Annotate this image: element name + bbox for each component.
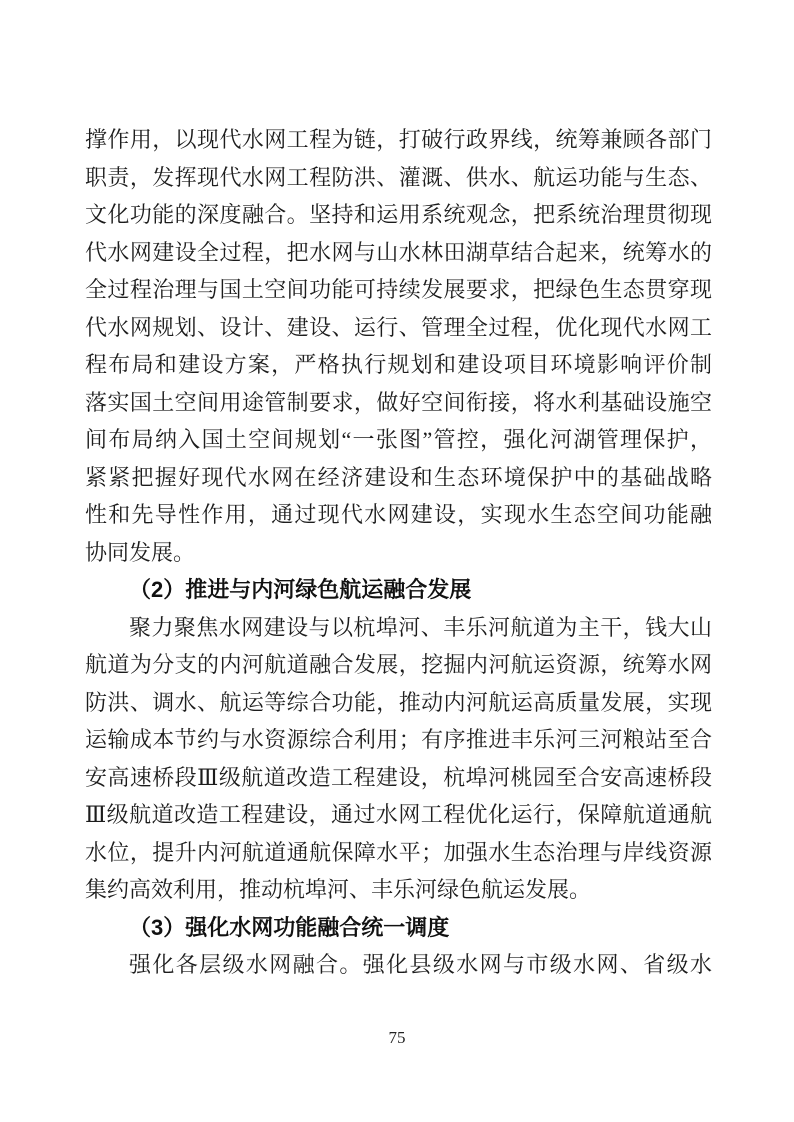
body-line: 文化功能的深度融合。坚持和运用系统观念，把系统治理贯彻现 [85, 196, 712, 234]
body-line: 间布局纳入国土空间规划“一张图”管控，强化河湖管理保护， [85, 421, 712, 459]
page-number: 75 [0, 1028, 794, 1048]
section-heading-3: （3）强化水网功能融合统一调度 [85, 909, 712, 947]
body-line: 水位，提升内河航道通航保障水平；加强水生态治理与岸线资源 [85, 834, 712, 872]
body-line: 撑作用，以现代水网工程为链，打破行政界线，统筹兼顾各部门 [85, 121, 712, 159]
body-line: 安高速桥段Ⅲ级航道改造工程建设，杭埠河桃园至合安高速桥段 [85, 759, 712, 797]
body-line: 性和先导性作用，通过现代水网建设，实现水生态空间功能融合、 [85, 496, 712, 534]
body-line: 运输成本节约与水资源综合利用；有序推进丰乐河三河粮站至合 [85, 721, 712, 759]
body-line: 航道为分支的内河航道融合发展，挖掘内河航运资源，统筹水网 [85, 646, 712, 684]
body-line: 代水网规划、设计、建设、运行、管理全过程，优化现代水网工 [85, 309, 712, 347]
body-line: 防洪、调水、航运等综合功能，推动内河航运高质量发展，实现 [85, 684, 712, 722]
body-line: 职责，发挥现代水网工程防洪、灌溉、供水、航运功能与生态、 [85, 159, 712, 197]
body-line: 落实国土空间用途管制要求，做好空间衔接，将水利基础设施空 [85, 384, 712, 422]
body-line: 协同发展。 [85, 534, 712, 572]
body-line: 集约高效利用，推动杭埠河、丰乐河绿色航运发展。 [85, 871, 712, 909]
body-line: 程布局和建设方案，严格执行规划和建设项目环境影响评价制度， [85, 346, 712, 384]
body-line: 代水网建设全过程，把水网与山水林田湖草结合起来，统筹水的 [85, 234, 712, 272]
document-page: 撑作用，以现代水网工程为链，打破行政界线，统筹兼顾各部门 职责，发挥现代水网工程… [0, 0, 794, 1122]
body-line: 全过程治理与国土空间功能可持续发展要求，把绿色生态贯穿现 [85, 271, 712, 309]
body-line: 聚力聚焦水网建设与以杭埠河、丰乐河航道为主干，钱大山 [85, 609, 712, 647]
section-heading-2: （2）推进与内河绿色航运融合发展 [85, 571, 712, 609]
body-line: Ⅲ级航道改造工程建设，通过水网工程优化运行，保障航道通航 [85, 796, 712, 834]
body-line: 强化各层级水网融合。强化县级水网与市级水网、省级水网、 [85, 946, 712, 984]
page-body: 撑作用，以现代水网工程为链，打破行政界线，统筹兼顾各部门 职责，发挥现代水网工程… [85, 121, 712, 984]
body-line: 紧紧把握好现代水网在经济建设和生态环境保护中的基础战略 [85, 459, 712, 497]
